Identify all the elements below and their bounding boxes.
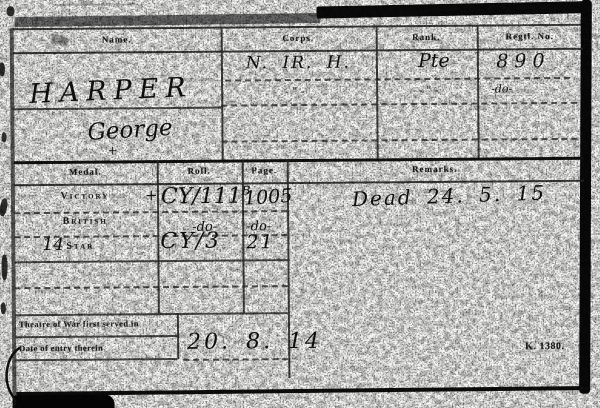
medal-column-header: Medal. <box>14 166 157 177</box>
theatre-of-war-label: Theatre of War first served in <box>19 318 139 329</box>
victory-row-rule <box>14 210 287 214</box>
star-page-value: 21 <box>246 231 274 253</box>
card-top-border-left <box>15 13 321 27</box>
victory-medal-label: Victory <box>30 190 140 202</box>
star-roll-value: CY/3 <box>160 229 221 254</box>
star-row-rule <box>14 259 287 263</box>
theatre-row-rule <box>15 335 177 338</box>
card-body: Name. Corps. Rank. Regtl. No. HARPER Geo… <box>0 0 600 408</box>
scanned-medal-index-card: Name. Corps. Rank. Regtl. No. HARPER Geo… <box>0 0 600 408</box>
corps-column-header: Corps. <box>221 32 376 43</box>
rank-column-header: Rank. <box>376 32 477 43</box>
empty-medal-row-rule <box>15 312 288 316</box>
roll-column-header: Roll. <box>157 165 242 176</box>
regtl-no-value-handwritten: 890 <box>481 50 566 73</box>
paper-edge-mark <box>53 3 138 6</box>
card-right-border <box>579 0 592 394</box>
rank-ditto-mark: - " - <box>419 84 439 97</box>
scan-edge-blot <box>6 6 14 16</box>
forename-handwritten: George <box>87 115 174 146</box>
name-column-header: Name. <box>13 34 221 46</box>
scan-edge-blot <box>1 132 6 142</box>
card-top-border-right <box>316 1 590 18</box>
form-print-code: K. 1380. <box>525 341 564 352</box>
victory-cross-mark: + <box>145 186 158 204</box>
corps-value-handwritten: N. IR. H. <box>225 52 372 73</box>
surname-handwritten: HARPER <box>29 72 194 110</box>
victory-roll-main: CY/111 <box>161 184 242 210</box>
empty-medal-row-rule <box>15 285 288 289</box>
remarks-column-header: Remarks. <box>287 163 583 175</box>
date-of-entry-value-handwritten: 20. 8. 14 <box>187 329 322 355</box>
scan-edge-blot <box>0 198 8 217</box>
scan-edge-blot <box>1 254 7 280</box>
scan-edge-blot <box>1 302 6 314</box>
name-cell-rule <box>13 107 221 110</box>
forename-cross-mark: + <box>108 143 118 157</box>
rank-value-handwritten: Pte <box>399 50 469 73</box>
star-medal-label: Star <box>66 241 94 252</box>
star-year-prefix-handwritten: 14 <box>42 235 64 255</box>
corps-ditto-mark: - " - <box>285 85 305 98</box>
regtl-no-column-header: Regtl. No. <box>477 31 583 42</box>
ditto-row-rule <box>221 102 577 107</box>
victory-page-value: 1005 <box>243 185 293 210</box>
date-row-rule <box>15 358 177 361</box>
date-value-underline <box>183 358 288 361</box>
scan-edge-blot <box>0 62 5 76</box>
divider-footer-labels <box>177 313 179 359</box>
page-column-header: Page. <box>242 165 287 175</box>
remarks-handwritten: Dead 24. 5. 15 <box>352 181 547 212</box>
values-row-rule <box>225 77 570 82</box>
empty-row-rule <box>222 138 578 143</box>
british-medal-label: British <box>30 215 140 227</box>
regtl-no-ditto-mark: -do- <box>491 82 512 95</box>
date-of-entry-label: Date of entry therein <box>19 343 103 354</box>
victory-roll-value: CY/111B <box>161 183 251 209</box>
